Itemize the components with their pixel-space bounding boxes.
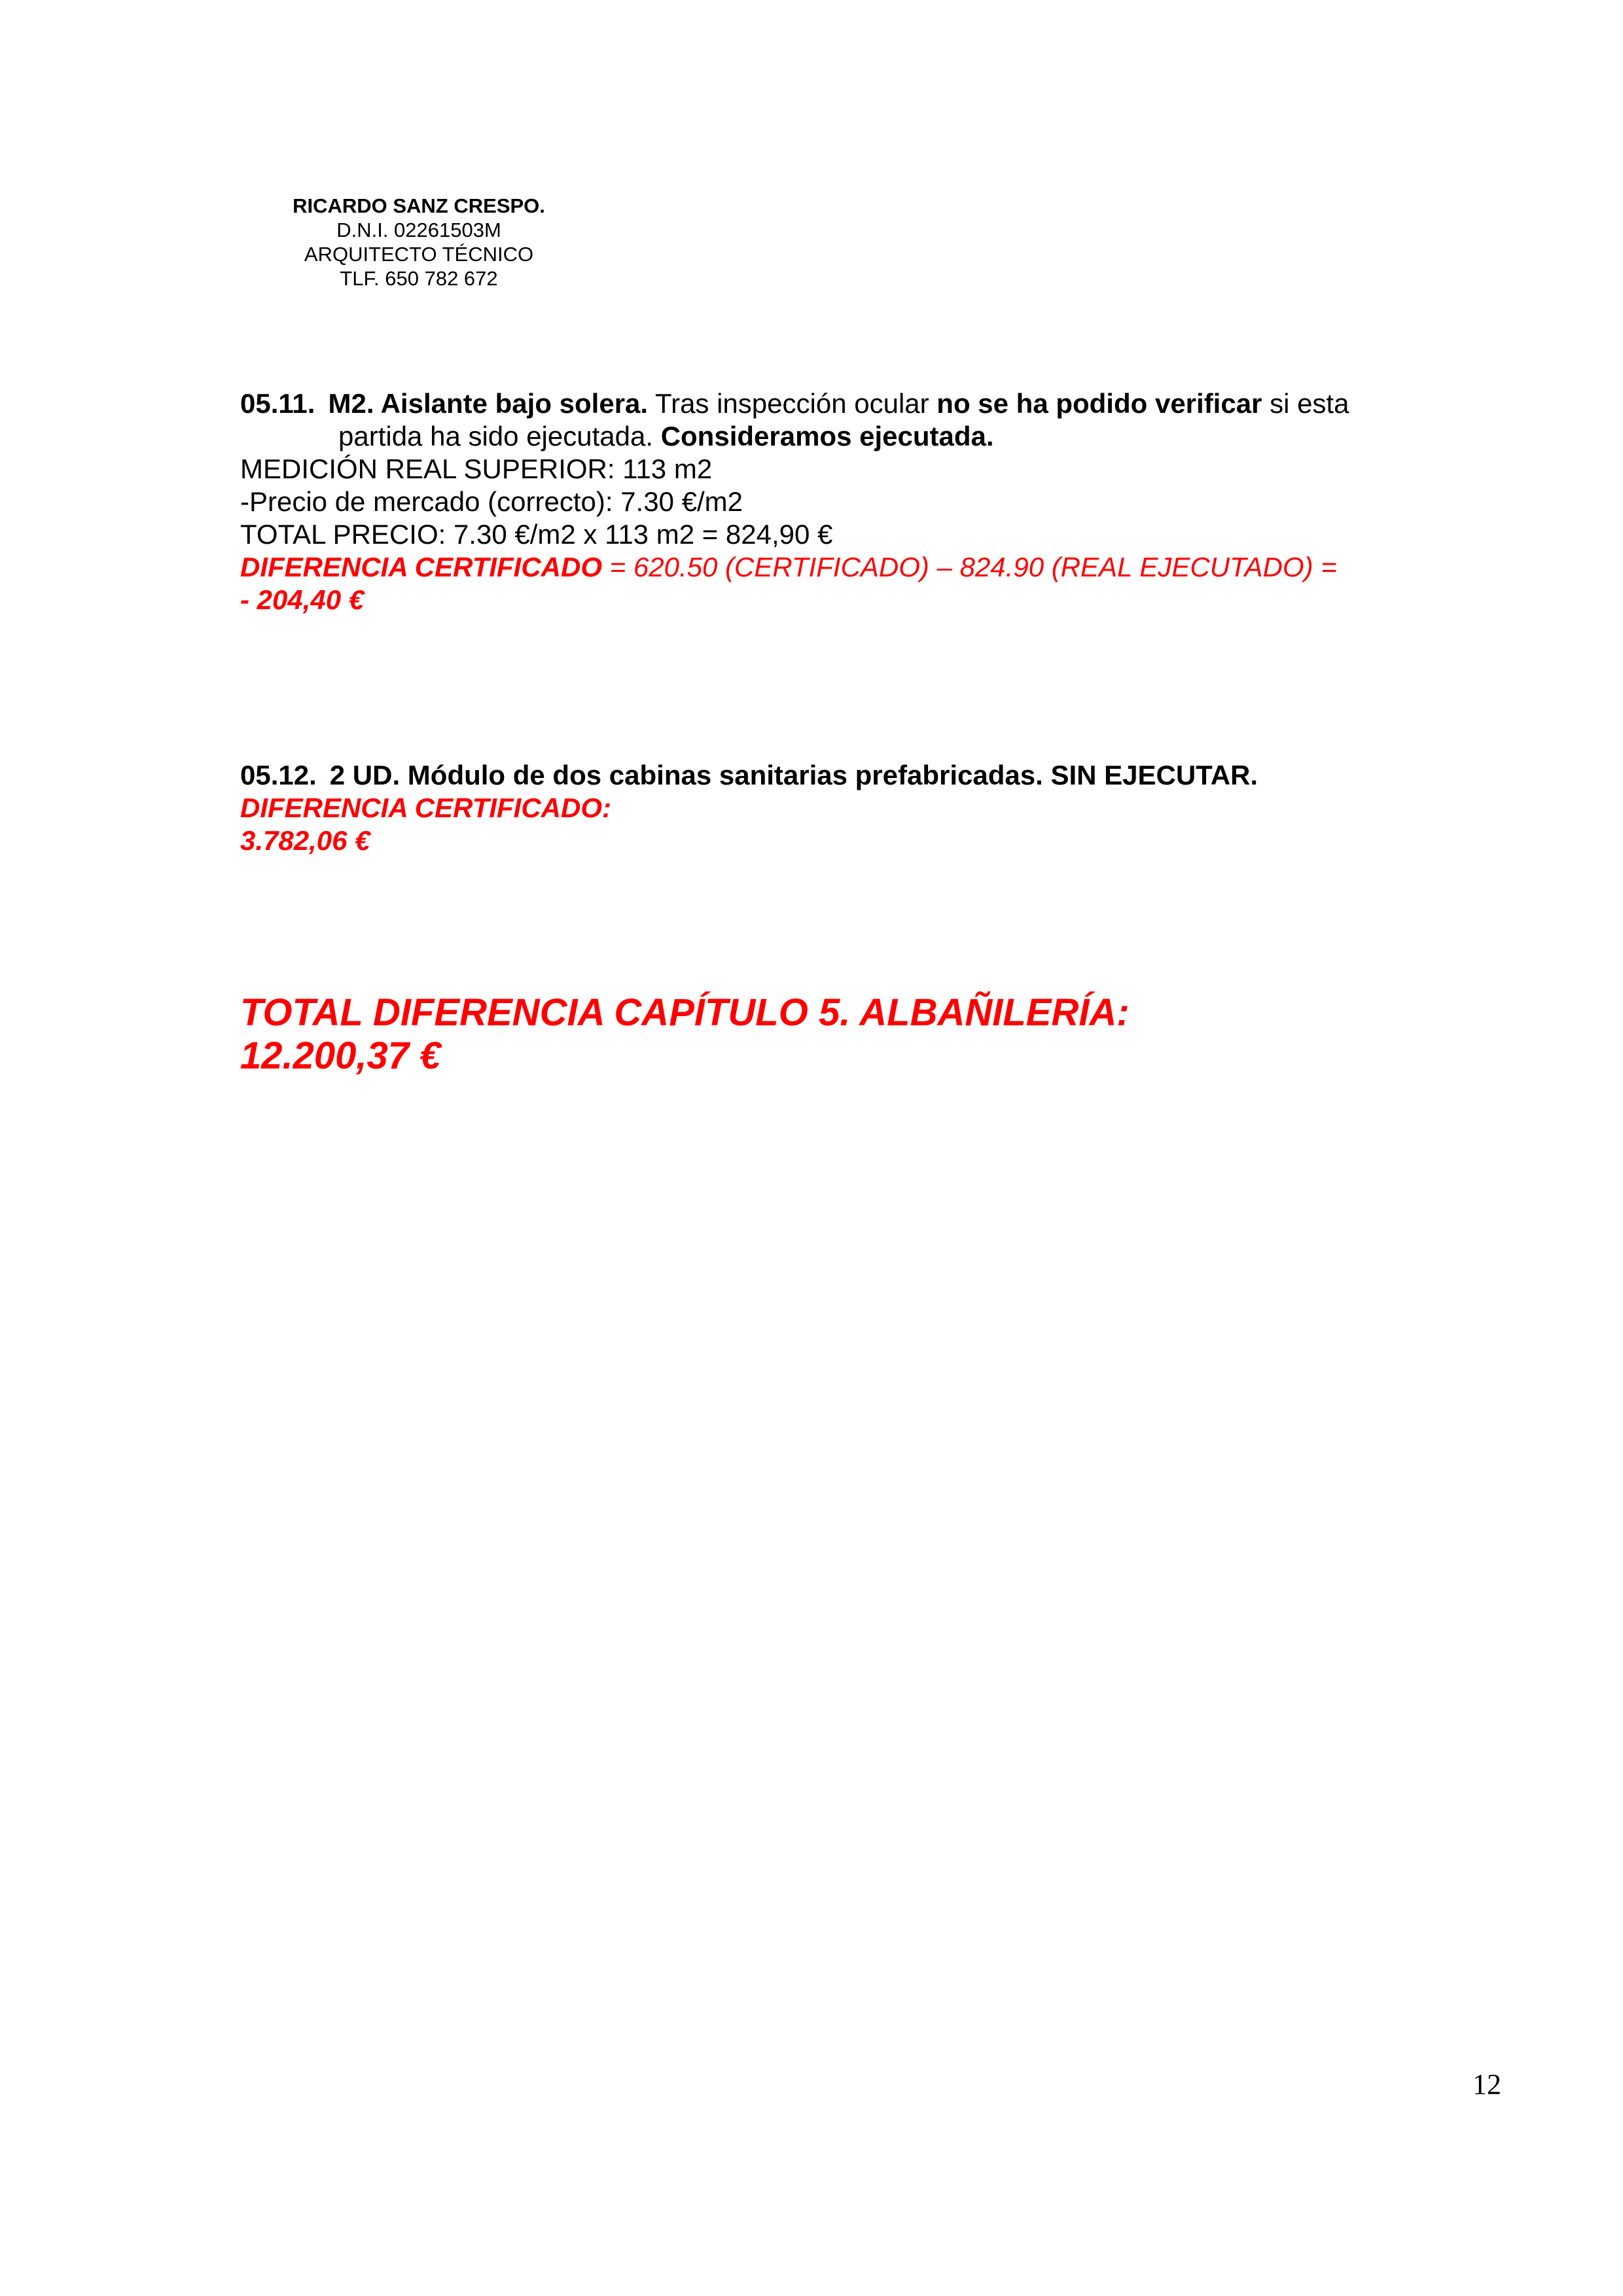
section-text: si esta (1262, 388, 1349, 419)
author-name: RICARDO SANZ CRESPO. (275, 194, 563, 218)
section-title: M2. Aislante bajo solera. (328, 388, 648, 419)
author-dni: D.N.I. 02261503M (275, 218, 563, 242)
author-header: RICARDO SANZ CRESPO. D.N.I. 02261503M AR… (275, 194, 563, 291)
diferencia-line: DIFERENCIA CERTIFICADO = 620.50 (CERTIFI… (240, 551, 1484, 584)
diferencia-value: - 204,40 € (240, 584, 1484, 616)
diferencia-label: DIFERENCIA CERTIFICADO (240, 552, 602, 582)
section-emphasis: no se ha podido verificar (936, 388, 1262, 419)
author-title: ARQUITECTO TÉCNICO (275, 242, 563, 266)
diferencia-formula: = 620.50 (CERTIFICADO) – 824.90 (REAL EJ… (602, 552, 1337, 582)
precio-line: -Precio de mercado (correcto): 7.30 €/m2 (240, 486, 1484, 518)
section-title: 2 UD. Módulo de dos cabinas sanitarias p… (330, 760, 1258, 790)
section-code: 05.11. (240, 388, 315, 419)
section-heading-continued: partida ha sido ejecutada. Consideramos … (240, 420, 1484, 453)
section-05-12: 05.12.2 UD. Módulo de dos cabinas sanita… (240, 759, 1484, 857)
section-05-11: 05.11.M2. Aislante bajo solera. Tras ins… (240, 387, 1484, 616)
medicion-line: MEDICIÓN REAL SUPERIOR: 113 m2 (240, 453, 1484, 486)
section-heading: 05.11.M2. Aislante bajo solera. Tras ins… (240, 387, 1484, 420)
section-text: Tras inspección ocular (648, 388, 936, 419)
diferencia-value: 3.782,06 € (240, 824, 1484, 857)
chapter-total: TOTAL DIFERENCIA CAPÍTULO 5. ALBAÑILERÍA… (240, 991, 1130, 1078)
section-code: 05.12. (240, 760, 317, 790)
page-number: 12 (1472, 2068, 1501, 2101)
chapter-total-value: 12.200,37 € (240, 1034, 1130, 1078)
diferencia-label: DIFERENCIA CERTIFICADO: (240, 792, 1484, 824)
total-precio-line: TOTAL PRECIO: 7.30 €/m2 x 113 m2 = 824,9… (240, 518, 1484, 551)
author-phone: TLF. 650 782 672 (275, 266, 563, 291)
chapter-total-label: TOTAL DIFERENCIA CAPÍTULO 5. ALBAÑILERÍA… (240, 991, 1130, 1034)
section-heading: 05.12.2 UD. Módulo de dos cabinas sanita… (240, 759, 1484, 792)
section-emphasis: Consideramos ejecutada. (661, 421, 994, 451)
section-text: partida ha sido ejecutada. (338, 421, 661, 451)
